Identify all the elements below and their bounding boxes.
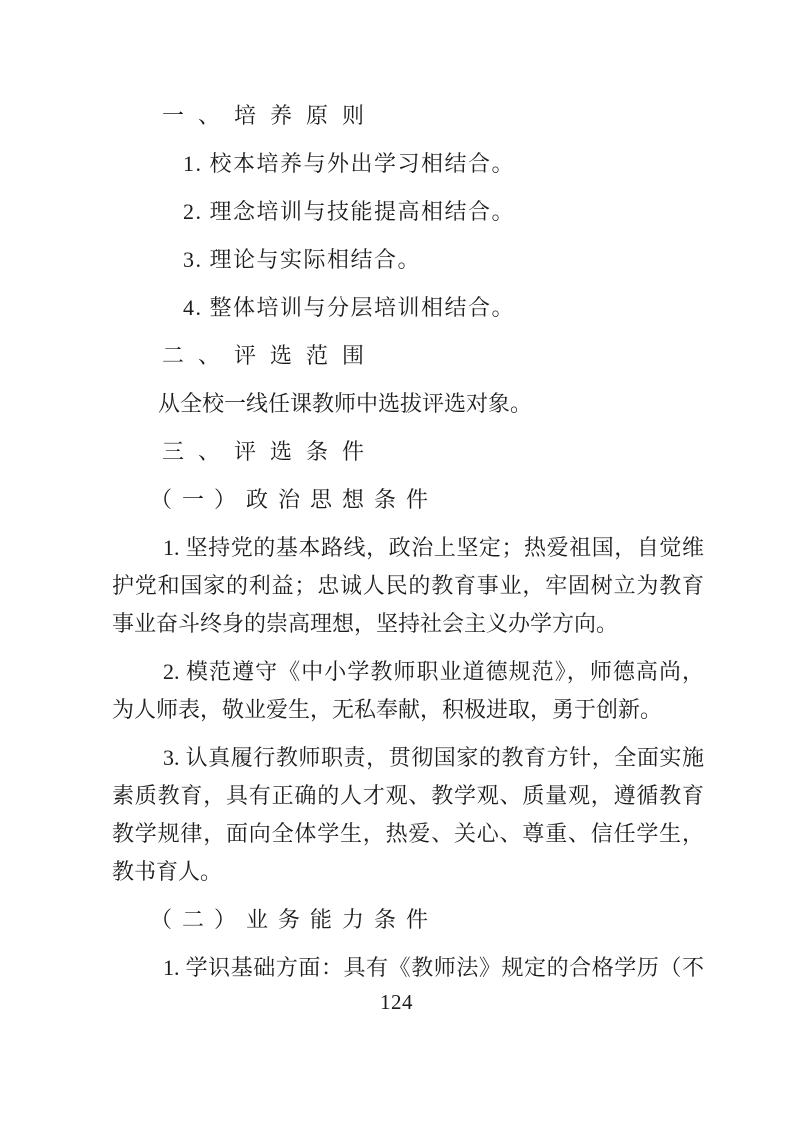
text-line: 一、培养原则 (112, 97, 704, 135)
text-line: 3. 认真履行教师职责，贯彻国家的教育方针，全面实施 (112, 739, 704, 777)
text-line: 4. 整体培训与分层培训相结合。 (112, 289, 704, 327)
text-line: 二、评选范围 (112, 337, 704, 375)
paragraph-list-item: 1. 校本培养与外出学习相结合。 (112, 145, 704, 183)
text-line: 1. 校本培养与外出学习相结合。 (112, 145, 704, 183)
document-body: 一、培养原则1. 校本培养与外出学习相结合。2. 理念培训与技能提高相结合。3.… (112, 97, 704, 997)
paragraph-sub-heading: （一）政治思想条件 (112, 481, 704, 519)
text-line: 1. 学识基础方面：具有《教师法》规定的合格学历（不 (112, 949, 704, 987)
text-line: （二）业务能力条件 (112, 901, 704, 939)
paragraph-body: 2. 模范遵守《中小学教师职业道德规范》，师德高尚，为人师表，敬业爱生，无私奉献… (112, 653, 704, 729)
paragraph-body: 3. 认真履行教师职责，贯彻国家的教育方针，全面实施素质教育，具有正确的人才观、… (112, 739, 704, 891)
paragraph-list-item: 2. 理念培训与技能提高相结合。 (112, 193, 704, 231)
text-line: 2. 理念培训与技能提高相结合。 (112, 193, 704, 231)
paragraph-list-item: 4. 整体培训与分层培训相结合。 (112, 289, 704, 327)
text-line: 1. 坚持党的基本路线，政治上坚定；热爱祖国，自觉维 (112, 529, 704, 567)
paragraph-sub-heading: （二）业务能力条件 (112, 901, 704, 939)
text-line: 三、评选条件 (112, 433, 704, 471)
text-line: 事业奋斗终身的崇高理想，坚持社会主义办学方向。 (112, 605, 704, 643)
document-page: 一、培养原则1. 校本培养与外出学习相结合。2. 理念培训与技能提高相结合。3.… (0, 0, 793, 1122)
page-number: 124 (0, 989, 793, 1015)
text-line: 为人师表，敬业爱生，无私奉献，积极进取，勇于创新。 (112, 691, 704, 729)
paragraph-body: 1. 坚持党的基本路线，政治上坚定；热爱祖国，自觉维护党和国家的利益；忠诚人民的… (112, 529, 704, 643)
text-line: 教书育人。 (112, 853, 704, 891)
paragraph-section-heading: 二、评选范围 (112, 337, 704, 375)
text-line: 教学规律，面向全体学生，热爱、关心、尊重、信任学生， (112, 815, 704, 853)
text-line: 素质教育，具有正确的人才观、教学观、质量观，遵循教育 (112, 777, 704, 815)
text-line: 护党和国家的利益；忠诚人民的教育事业，牢固树立为教育 (112, 567, 704, 605)
paragraph-body: 1. 学识基础方面：具有《教师法》规定的合格学历（不 (112, 949, 704, 987)
text-line: 3. 理论与实际相结合。 (112, 241, 704, 279)
text-line: 从全校一线任课教师中选拔评选对象。 (112, 385, 704, 423)
paragraph-plain: 从全校一线任课教师中选拔评选对象。 (112, 385, 704, 423)
text-line: （一）政治思想条件 (112, 481, 704, 519)
paragraph-list-item: 3. 理论与实际相结合。 (112, 241, 704, 279)
paragraph-section-heading: 一、培养原则 (112, 97, 704, 135)
paragraph-section-heading: 三、评选条件 (112, 433, 704, 471)
text-line: 2. 模范遵守《中小学教师职业道德规范》，师德高尚， (112, 653, 704, 691)
